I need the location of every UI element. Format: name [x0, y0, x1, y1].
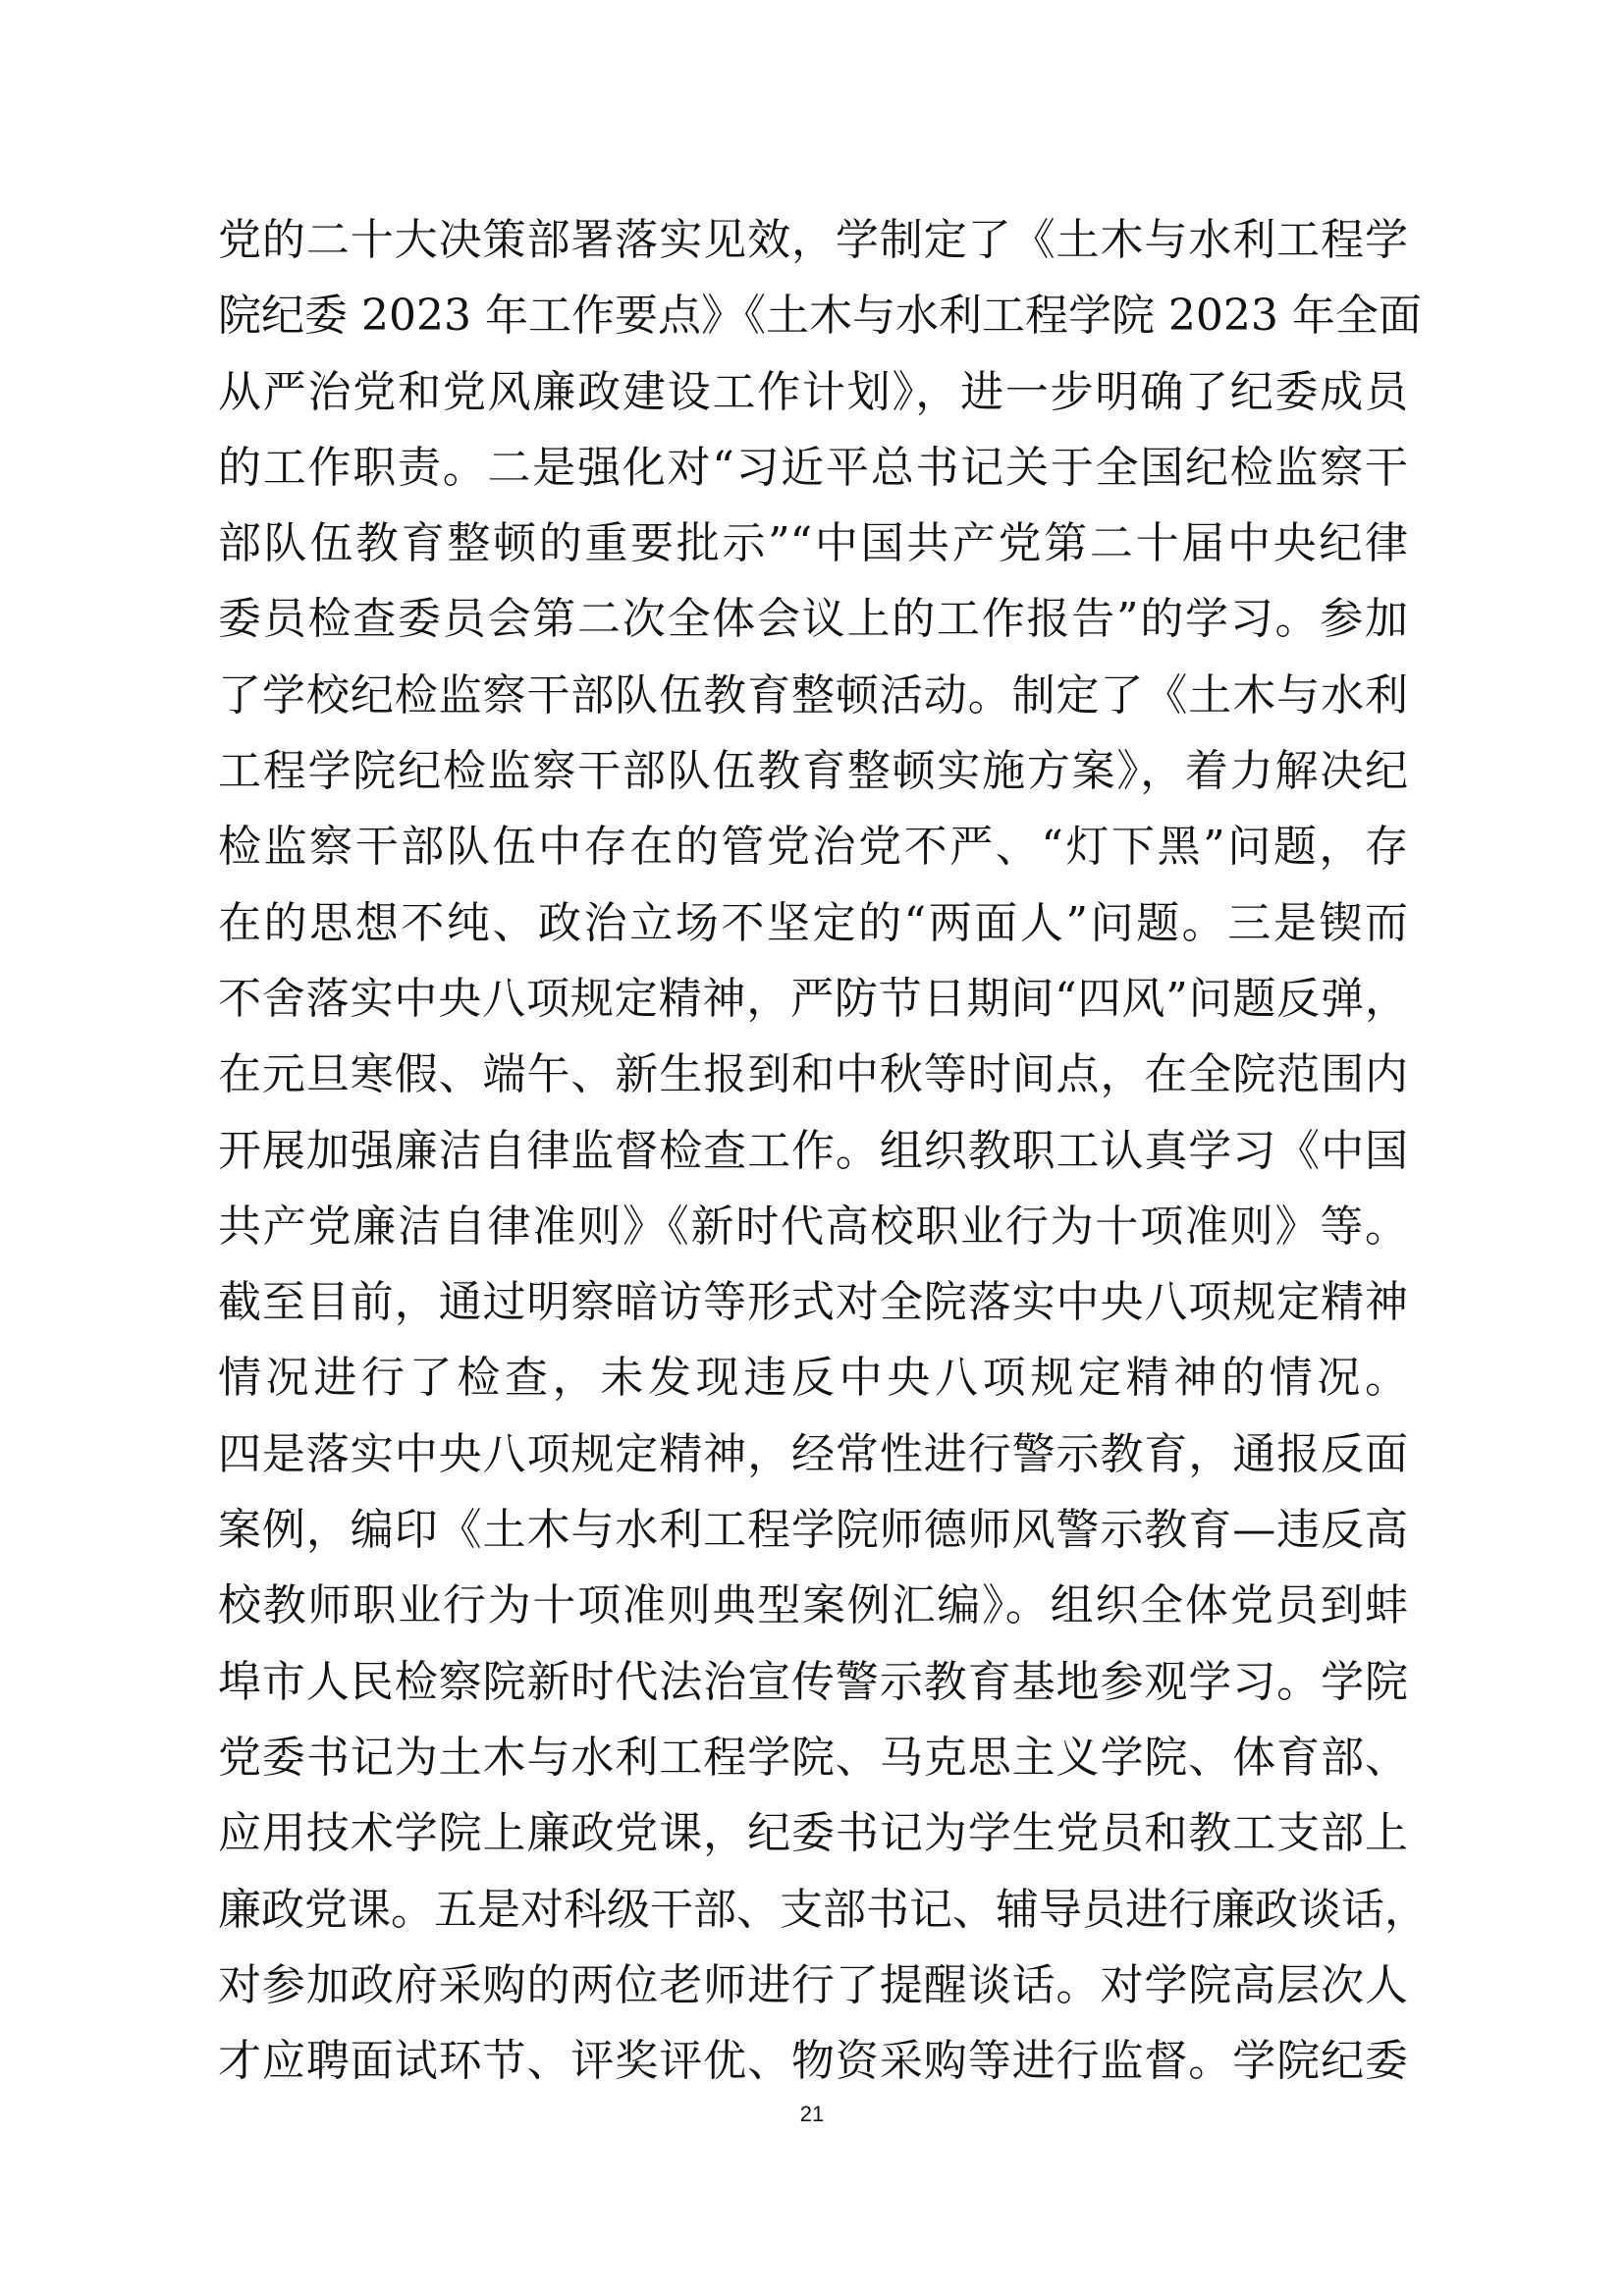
text-line: 共产党廉洁自律准则》《新时代高校职业行为十项准则》等。 — [218, 1189, 1408, 1264]
text-line: 在元旦寒假、端午、新生报到和中秋等时间点，在全院范围内 — [218, 1037, 1408, 1112]
text-line: 廉政党课。五是对科级干部、支部书记、辅导员进行廉政谈话， — [218, 1872, 1408, 1948]
text-line: 应用技术学院上廉政党课，纪委书记为学生党员和教工支部上 — [218, 1795, 1408, 1871]
text-line: 埠市人民检察院新时代法治宣传警示教育基地参观学习。学院 — [218, 1644, 1408, 1720]
text-line: 在的思想不纯、政治立场不坚定的“两面人”问题。三是锲而 — [218, 885, 1408, 961]
text-line: 对参加政府采购的两位老师进行了提醒谈话。对学院高层次人 — [218, 1948, 1408, 2023]
text-line: 才应聘面试环节、评奖评优、物资采购等进行监督。学院纪委 — [218, 2023, 1408, 2099]
text-line: 开展加强廉洁自律监督检查工作。组织教职工认真学习《中国 — [218, 1113, 1408, 1189]
text-line: 委员检查委员会第二次全体会议上的工作报告”的学习。参加 — [218, 581, 1408, 657]
text-line: 检监察干部队伍中存在的管党治党不严、“灯下黑”问题，存 — [218, 809, 1408, 884]
document-page: 党的二十大决策部署落实见效，学制定了《土木与水利工程学 院纪委 2023 年工作… — [0, 0, 1624, 2296]
text-line: 案例，编印《土木与水利工程学院师德师风警示教育—违反高 — [218, 1492, 1408, 1568]
page-number: 21 — [0, 2101, 1624, 2128]
text-line: 的工作职责。二是强化对“习近平总书记关于全国纪检监察干 — [218, 430, 1408, 506]
text-line: 院纪委 2023 年工作要点》《土木与水利工程学院 2023 年全面 — [218, 278, 1408, 353]
body-text: 党的二十大决策部署落实见效，学制定了《土木与水利工程学 院纪委 2023 年工作… — [218, 202, 1408, 2099]
text-line: 截至目前，通过明察暗访等形式对全院落实中央八项规定精神 — [218, 1264, 1408, 1340]
text-line: 四是落实中央八项规定精神，经常性进行警示教育，通报反面 — [218, 1416, 1408, 1492]
text-line: 党的二十大决策部署落实见效，学制定了《土木与水利工程学 — [218, 202, 1408, 278]
text-line: 情况进行了检查，未发现违反中央八项规定精神的情况。 — [218, 1340, 1408, 1415]
text-line: 了学校纪检监察干部队伍教育整顿活动。制定了《土木与水利 — [218, 658, 1408, 733]
text-line: 党委书记为土木与水利工程学院、马克思主义学院、体育部、 — [218, 1720, 1408, 1795]
text-line: 校教师职业行为十项准则典型案例汇编》。组织全体党员到蚌 — [218, 1568, 1408, 1643]
text-line: 部队伍教育整顿的重要批示”“中国共产党第二十届中央纪律 — [218, 506, 1408, 581]
text-line: 不舍落实中央八项规定精神，严防节日期间“四风”问题反弹， — [218, 961, 1408, 1037]
text-line: 工程学院纪检监察干部队伍教育整顿实施方案》，着力解决纪 — [218, 733, 1408, 809]
text-line: 从严治党和党风廉政建设工作计划》，进一步明确了纪委成员 — [218, 354, 1408, 430]
